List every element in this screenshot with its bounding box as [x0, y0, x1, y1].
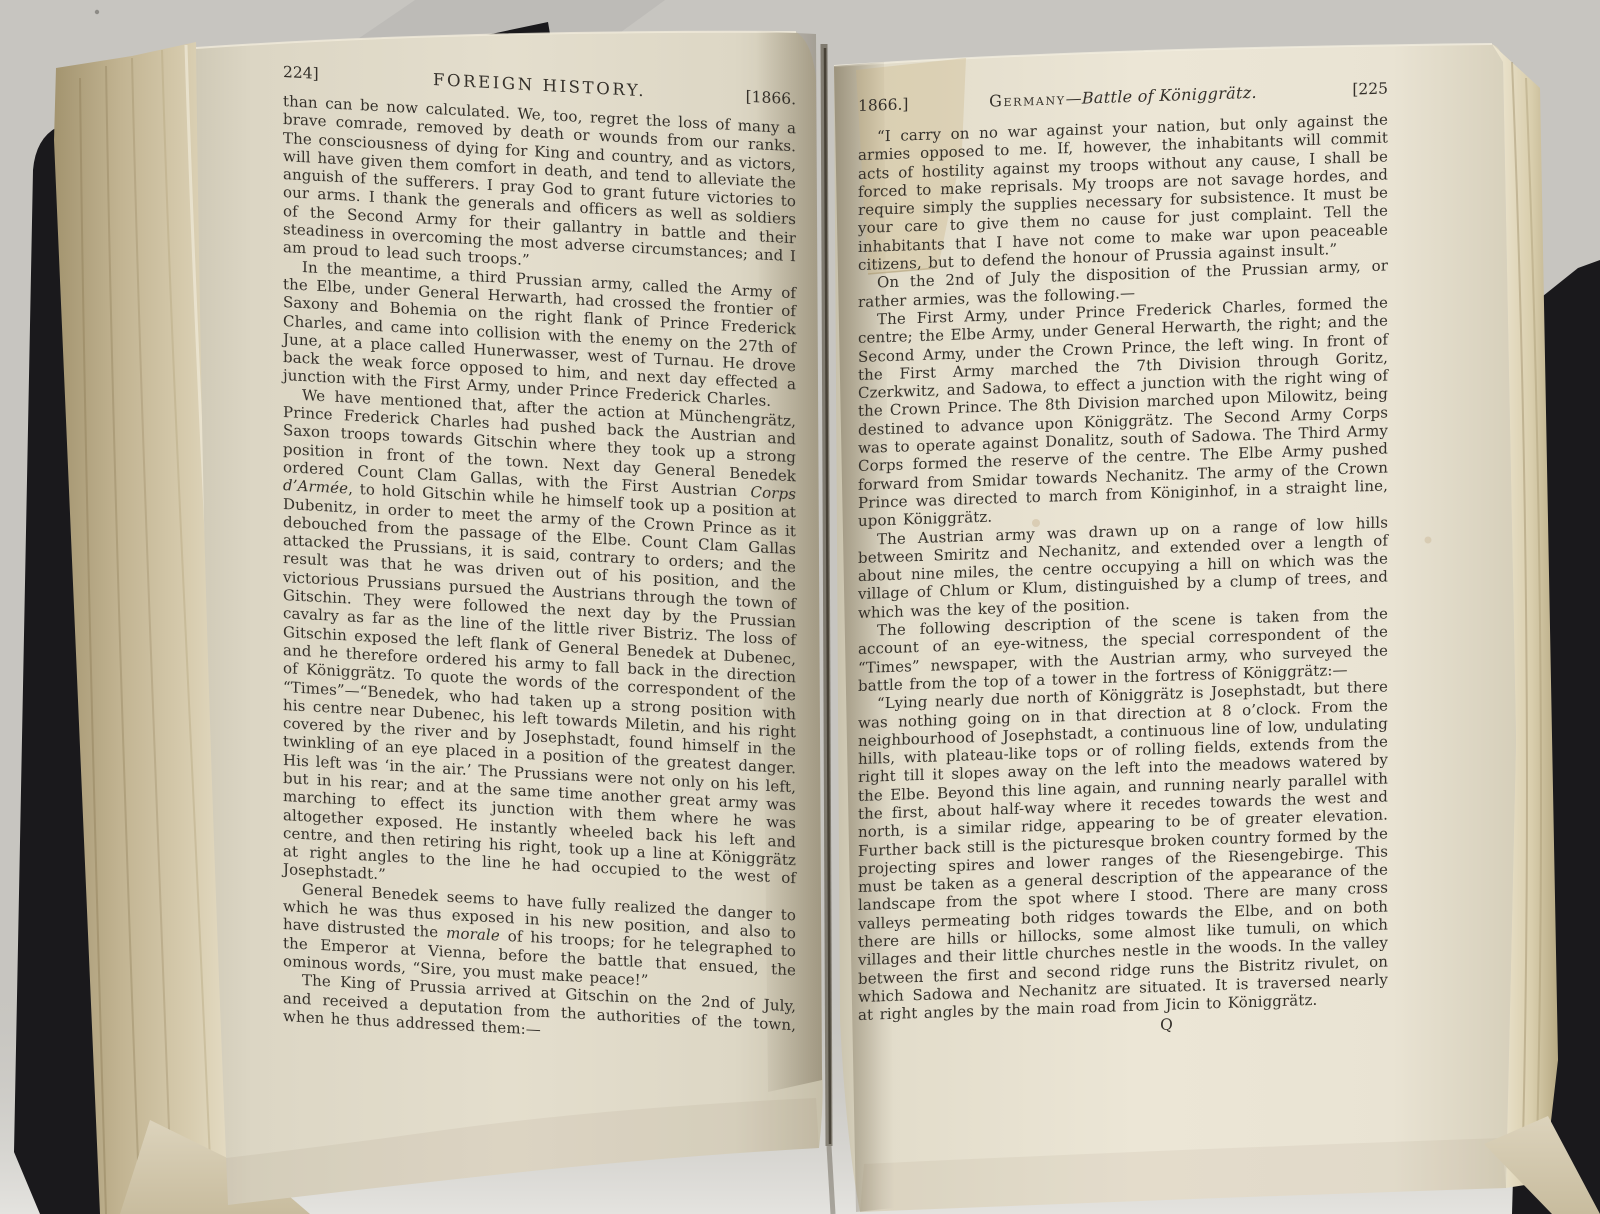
right-folio: [225 [1310, 79, 1388, 100]
running-head-section: Germany [989, 89, 1065, 111]
paragraph: The Austrian army was drawn up on a rang… [858, 513, 1388, 622]
left-year-marker: [1866. [718, 86, 796, 108]
right-page-text: “I carry on no war against your nation, … [858, 110, 1388, 1024]
paragraph: “Lying nearly due north of Königgrätz is… [858, 678, 1388, 1025]
paragraph: “I carry on no war against your nation, … [858, 110, 1388, 274]
paragraph: We have mentioned that, after the action… [283, 385, 796, 906]
left-page-text: than can be now calculated. We, too, reg… [283, 92, 796, 1052]
right-page: 1866.] Germany—Battle of Königgrätz. [22… [858, 78, 1388, 1043]
left-page: 224] FOREIGN HISTORY. [1866. than can be… [283, 62, 796, 1052]
book-photo: 224] FOREIGN HISTORY. [1866. than can be… [0, 0, 1600, 1214]
wall-speck [95, 10, 99, 14]
left-folio: 224] [283, 63, 361, 85]
paragraph: The First Army, under Prince Frederick C… [858, 293, 1388, 530]
foxing-spot [1425, 537, 1432, 544]
right-year-marker: 1866.] [858, 94, 936, 115]
paragraph: than can be now calculated. We, too, reg… [283, 92, 796, 284]
